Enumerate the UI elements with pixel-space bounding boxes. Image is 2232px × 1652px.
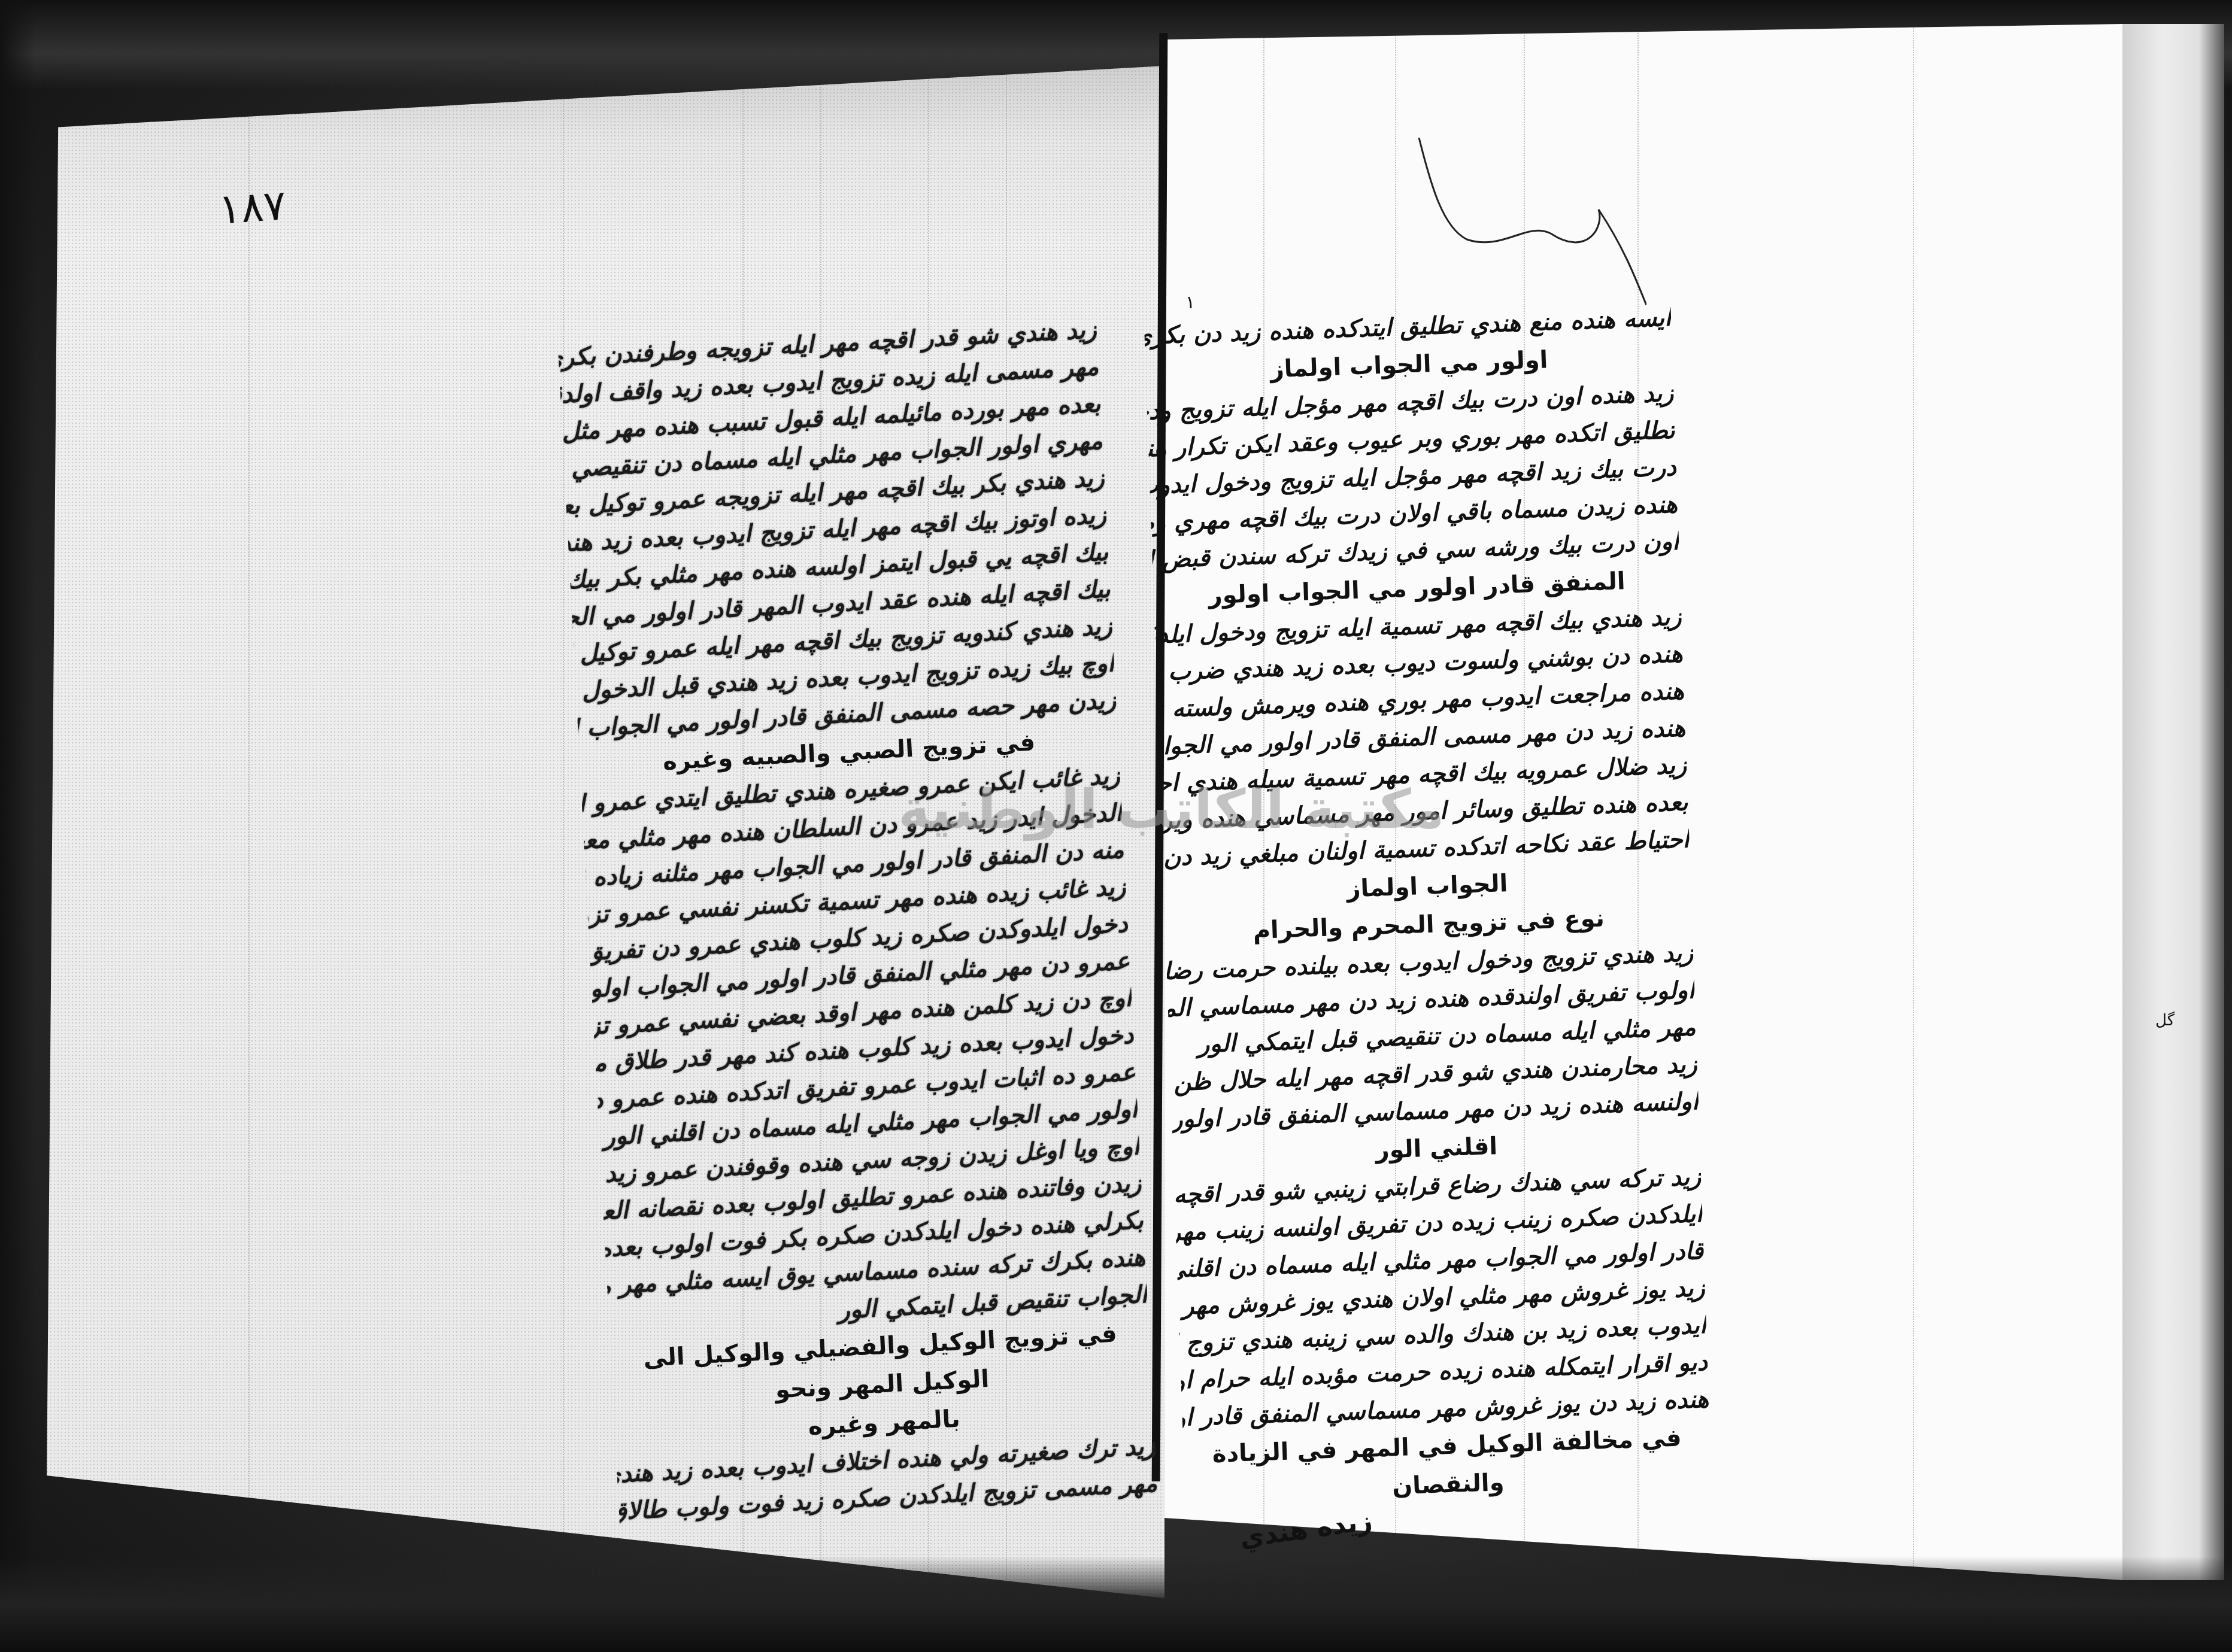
section-marker: ١ bbox=[1185, 292, 1195, 313]
library-watermark: مكتبة الكاتب الوطنية bbox=[898, 778, 1445, 841]
right-page-text: ايسه هنده منع هندي تطليق ايتدكده هنده زي… bbox=[1144, 299, 1712, 1513]
ruling-line bbox=[563, 66, 565, 1598]
ruling-line bbox=[248, 66, 251, 1598]
ruling-line bbox=[1913, 24, 1915, 1580]
left-page-text: زيد هندي شو قدر اقچه مهر ايله تزويجه وطر… bbox=[557, 311, 1158, 1530]
stray-thread-mark bbox=[1407, 138, 1646, 305]
right-page-edge bbox=[2122, 24, 2224, 1580]
scan-bottom-shadow bbox=[0, 1556, 2232, 1652]
scan-left-shadow bbox=[0, 0, 36, 1652]
page-number: ١٨٧ bbox=[217, 180, 287, 234]
margin-note: ﮔﻞ bbox=[2155, 1012, 2175, 1030]
